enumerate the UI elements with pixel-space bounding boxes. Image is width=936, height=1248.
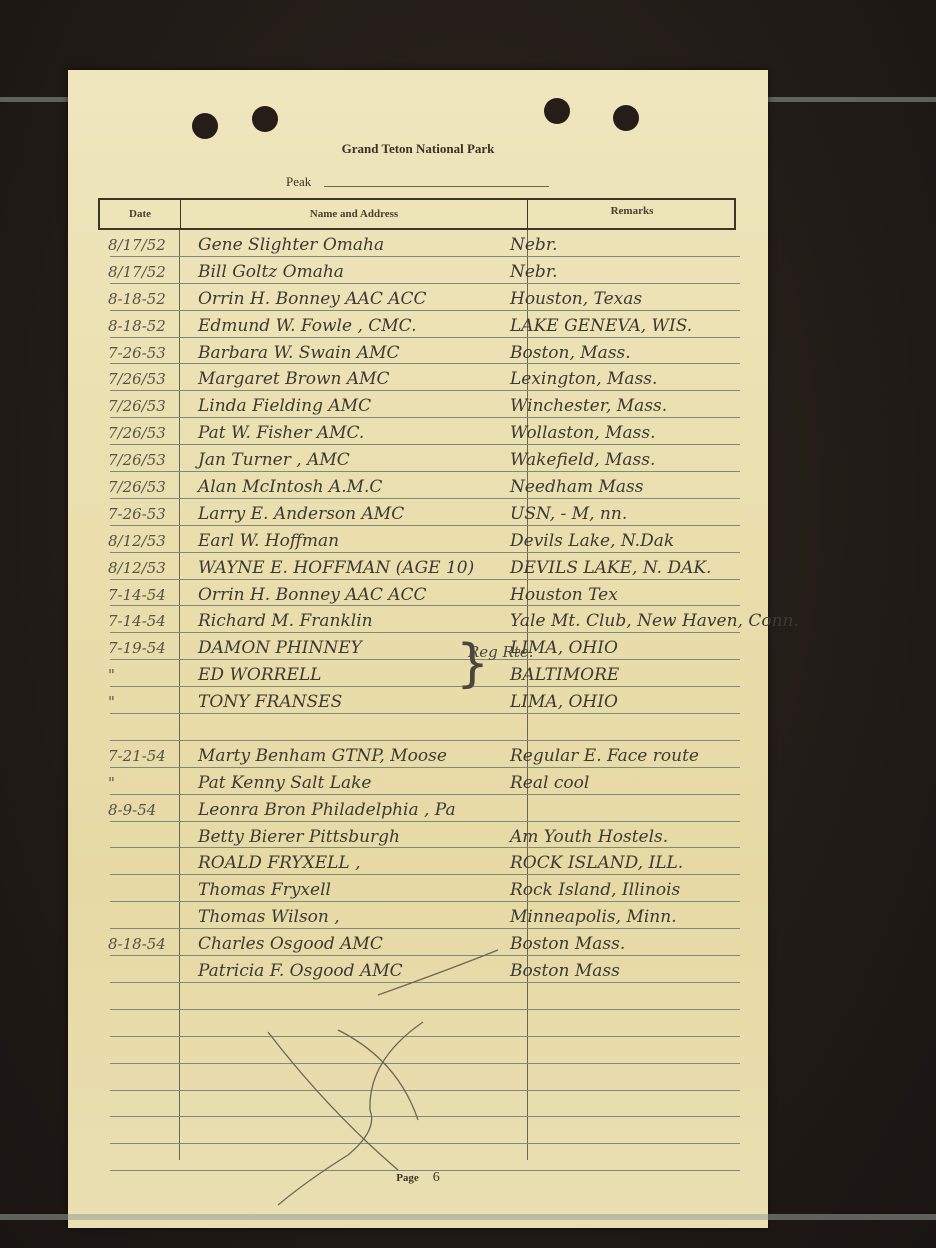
entry-remarks: Wollaston, Mass.	[510, 418, 656, 444]
table-row: 8/17/52Gene Slighter OmahaNebr.	[110, 230, 740, 257]
table-row: 7/26/53Alan McIntosh A.M.CNeedham Mass	[110, 472, 740, 499]
entry-name: Linda Fielding AMC	[198, 391, 371, 417]
entry-date: 7-26-53	[108, 499, 188, 525]
table-row: 7/26/53Margaret Brown AMCLexington, Mass…	[110, 364, 740, 391]
entry-remarks: Devils Lake, N.Dak	[510, 526, 674, 552]
entry-date: 7/26/53	[108, 445, 188, 471]
entry-date	[108, 902, 188, 928]
table-row: 8-9-54Leonra Bron Philadelphia , Pa	[110, 795, 740, 822]
entry-name: Thomas Wilson ,	[198, 902, 340, 928]
entry-remarks: Houston Tex	[510, 580, 618, 606]
entry-name: Betty Bierer Pittsburgh	[198, 822, 400, 848]
entry-date: 8/17/52	[108, 257, 188, 283]
entry-remarks: LAKE GENEVA, WIS.	[510, 311, 692, 337]
entry-remarks: Am Youth Hostels.	[510, 822, 668, 848]
entry-date: "	[108, 687, 188, 713]
table-row: 7-21-54Marty Benham GTNP, MooseRegular E…	[110, 741, 740, 768]
register-entries: 8/17/52Gene Slighter OmahaNebr.8/17/52Bi…	[110, 230, 740, 1171]
table-row	[110, 1010, 740, 1037]
entry-remarks: ROCK ISLAND, ILL.	[510, 848, 683, 874]
entry-remarks: Nebr.	[510, 257, 557, 283]
entry-date	[108, 1037, 188, 1063]
entry-name: Pat Kenny Salt Lake	[198, 768, 372, 794]
table-row: Betty Bierer PittsburghAm Youth Hostels.	[110, 822, 740, 849]
entry-name: TONY FRANSES	[198, 687, 342, 713]
entry-date	[108, 714, 188, 740]
entry-name: Larry E. Anderson AMC	[198, 499, 404, 525]
entry-remarks: LIMA, OHIO	[510, 687, 618, 713]
entry-name: ROALD FRYXELL ,	[198, 848, 361, 874]
entry-date: 7-19-54	[108, 633, 188, 659]
entry-name: Gene Slighter Omaha	[198, 230, 384, 256]
peak-field	[324, 186, 549, 187]
entry-date: 8-18-52	[108, 311, 188, 337]
entry-remarks: Real cool	[510, 768, 589, 794]
entry-name: Earl W. Hoffman	[198, 526, 339, 552]
table-header: Date Name and Address Remarks	[98, 198, 736, 230]
table-row: 8-18-52Orrin H. Bonney AAC ACCHouston, T…	[110, 284, 740, 311]
entry-remarks: Minneapolis, Minn.	[510, 902, 677, 928]
entry-date: 8-18-54	[108, 929, 188, 955]
group-note: Reg Rte.	[468, 642, 534, 662]
entry-remarks: Lexington, Mass.	[510, 364, 657, 390]
table-row: 8/12/53WAYNE E. HOFFMAN (AGE 10)DEVILS L…	[110, 553, 740, 580]
page-title: Grand Teton National Park	[68, 141, 768, 157]
table-row: Patricia F. Osgood AMCBoston Mass	[110, 956, 740, 983]
table-row: 8-18-52Edmund W. Fowle , CMC.LAKE GENEVA…	[110, 311, 740, 338]
entry-date: 7/26/53	[108, 391, 188, 417]
table-row	[110, 1117, 740, 1144]
entry-name: Charles Osgood AMC	[198, 929, 383, 955]
entry-name: Orrin H. Bonney AAC ACC	[198, 580, 427, 606]
entry-date	[108, 1117, 188, 1143]
entry-date: 8-9-54	[108, 795, 188, 821]
entry-remarks: Wakefield, Mass.	[510, 445, 655, 471]
entry-remarks: Winchester, Mass.	[510, 391, 667, 417]
page-label: Page	[396, 1172, 419, 1184]
page-footer: Page6	[68, 1170, 768, 1186]
entry-name: Richard M. Franklin	[198, 606, 373, 632]
entry-date: 7/26/53	[108, 364, 188, 390]
entry-date: 7-21-54	[108, 741, 188, 767]
table-row: 7-14-54Orrin H. Bonney AAC ACCHouston Te…	[110, 580, 740, 607]
entry-date: "	[108, 768, 188, 794]
entry-remarks: Houston, Texas	[510, 284, 642, 310]
entry-name: Leonra Bron Philadelphia , Pa	[198, 795, 456, 821]
entry-date	[108, 956, 188, 982]
entry-date	[108, 848, 188, 874]
entry-name: Jan Turner , AMC	[198, 445, 350, 471]
entry-date	[108, 875, 188, 901]
entry-date: 7-14-54	[108, 606, 188, 632]
entry-date	[108, 1064, 188, 1090]
entry-remarks: Boston Mass.	[510, 929, 625, 955]
table-row: 7/26/53Linda Fielding AMCWinchester, Mas…	[110, 391, 740, 418]
entry-date: 8/12/53	[108, 526, 188, 552]
entry-name: DAMON PHINNEY	[198, 633, 362, 659]
entry-remarks: Needham Mass	[510, 472, 643, 498]
entry-date: "	[108, 660, 188, 686]
table-row: 7-26-53Larry E. Anderson AMCUSN, - M, nn…	[110, 499, 740, 526]
entry-name: Barbara W. Swain AMC	[198, 338, 400, 364]
entry-name: Edmund W. Fowle , CMC.	[198, 311, 417, 337]
table-row: "Pat Kenny Salt LakeReal cool	[110, 768, 740, 795]
entry-date	[108, 1091, 188, 1117]
table-row: Thomas Wilson ,Minneapolis, Minn.	[110, 902, 740, 929]
table-row: 7-14-54Richard M. FranklinYale Mt. Club,…	[110, 606, 740, 633]
entry-name: Pat W. Fisher AMC.	[198, 418, 364, 444]
column-header-date: Date	[100, 200, 181, 228]
entry-name: WAYNE E. HOFFMAN (AGE 10)	[198, 553, 474, 579]
entry-date: 8/12/53	[108, 553, 188, 579]
table-row	[110, 1037, 740, 1064]
binder-clip-bar-bottom	[0, 1214, 936, 1220]
register-page: Grand Teton National Park Peak Date Name…	[68, 70, 768, 1228]
entry-date	[108, 983, 188, 1009]
table-row	[110, 714, 740, 741]
entry-name: Thomas Fryxell	[198, 875, 331, 901]
entry-date: 7-26-53	[108, 338, 188, 364]
table-row: 8/12/53Earl W. HoffmanDevils Lake, N.Dak	[110, 526, 740, 553]
table-row: ROALD FRYXELL ,ROCK ISLAND, ILL.	[110, 848, 740, 875]
entry-name: Orrin H. Bonney AAC ACC	[198, 284, 427, 310]
column-header-name: Name and Address	[181, 200, 528, 228]
entry-date: 8/17/52	[108, 230, 188, 256]
table-row: 7-26-53Barbara W. Swain AMCBoston, Mass.	[110, 338, 740, 365]
entry-date: 7-14-54	[108, 580, 188, 606]
entry-name: Bill Goltz Omaha	[198, 257, 344, 283]
entry-remarks: Yale Mt. Club, New Haven, Conn.	[510, 606, 799, 632]
entry-remarks: DEVILS LAKE, N. DAK.	[510, 553, 711, 579]
entry-date: 7/26/53	[108, 418, 188, 444]
punch-hole	[544, 98, 570, 124]
table-row	[110, 983, 740, 1010]
table-row: 8/17/52Bill Goltz OmahaNebr.	[110, 257, 740, 284]
table-row: 7/26/53Pat W. Fisher AMC.Wollaston, Mass…	[110, 418, 740, 445]
table-row: 7-19-54DAMON PHINNEYLIMA, OHIO	[110, 633, 740, 660]
table-row	[110, 1064, 740, 1091]
peak-label: Peak	[286, 174, 311, 190]
entry-remarks: Boston, Mass.	[510, 338, 631, 364]
entry-remarks: Boston Mass	[510, 956, 620, 982]
table-row	[110, 1144, 740, 1171]
table-row: Thomas FryxellRock Island, Illinois	[110, 875, 740, 902]
page-number: 6	[433, 1170, 440, 1185]
entry-name: ED WORRELL	[198, 660, 321, 686]
entry-remarks: USN, - M, nn.	[510, 499, 627, 525]
punch-hole	[192, 113, 218, 139]
entry-remarks: Regular E. Face route	[510, 741, 699, 767]
entry-remarks: BALTIMORE	[510, 660, 619, 686]
entry-date: 7/26/53	[108, 472, 188, 498]
table-row: "ED WORRELLBALTIMORE	[110, 660, 740, 687]
entry-name: Margaret Brown AMC	[198, 364, 390, 390]
punch-hole	[252, 106, 278, 132]
entry-name: Alan McIntosh A.M.C	[198, 472, 382, 498]
column-header-remarks: Remarks	[528, 200, 736, 228]
entry-name: Marty Benham GTNP, Moose	[198, 741, 447, 767]
table-row: 8-18-54Charles Osgood AMCBoston Mass.	[110, 929, 740, 956]
entry-name: Patricia F. Osgood AMC	[198, 956, 403, 982]
entry-date	[108, 1144, 188, 1170]
entry-remarks: Rock Island, Illinois	[510, 875, 680, 901]
table-row: "TONY FRANSESLIMA, OHIO	[110, 687, 740, 714]
entry-date	[108, 822, 188, 848]
table-row	[110, 1091, 740, 1118]
entry-remarks: Nebr.	[510, 230, 557, 256]
table-row: 7/26/53Jan Turner , AMCWakefield, Mass.	[110, 445, 740, 472]
punch-hole	[613, 105, 639, 131]
entry-date: 8-18-52	[108, 284, 188, 310]
entry-date	[108, 1010, 188, 1036]
